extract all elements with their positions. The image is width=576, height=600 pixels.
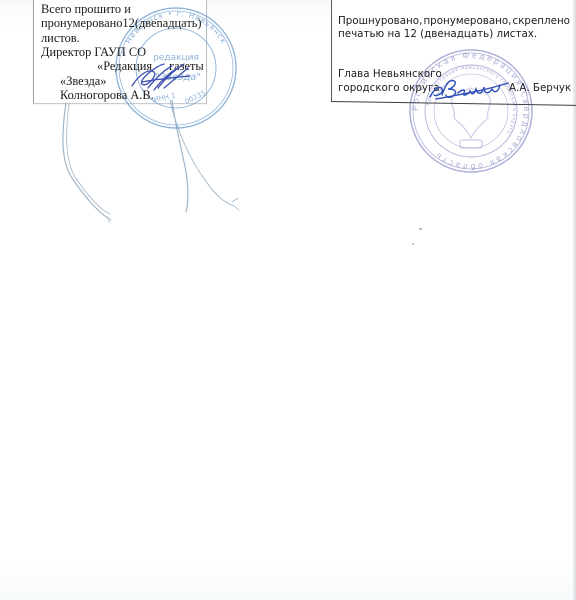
head-signature (428, 75, 510, 103)
attestation-line-1: Прошнуровано, пронумеровано, скреплено (338, 15, 570, 28)
label-line-3: листов. (41, 31, 80, 45)
scanned-page: Всего прошито и пронумеровано12(двеnадца… (0, 0, 576, 600)
label-line-1: Всего прошито и (41, 2, 131, 16)
director-signature (128, 58, 198, 94)
label-line-2: пронумеровано12(двеnадцать) (41, 16, 202, 30)
organization-name-part3: «Звезда» (60, 74, 107, 88)
attestation-word-2: пронумеровано, (423, 15, 511, 28)
attestation-word-1: Прошнуровано, (338, 15, 422, 28)
director-title: Директор ГАУП СО (41, 45, 146, 59)
attestation-line-2: печатью на 12 (двенадцать) листах. (338, 28, 537, 41)
official-position-line-1: Глава Невьянского (338, 68, 442, 81)
official-position-line-2: городского округа (338, 82, 440, 95)
attestation-word-3: скреплено (513, 15, 570, 28)
signatory-name: А.А. Берчук (509, 82, 571, 95)
